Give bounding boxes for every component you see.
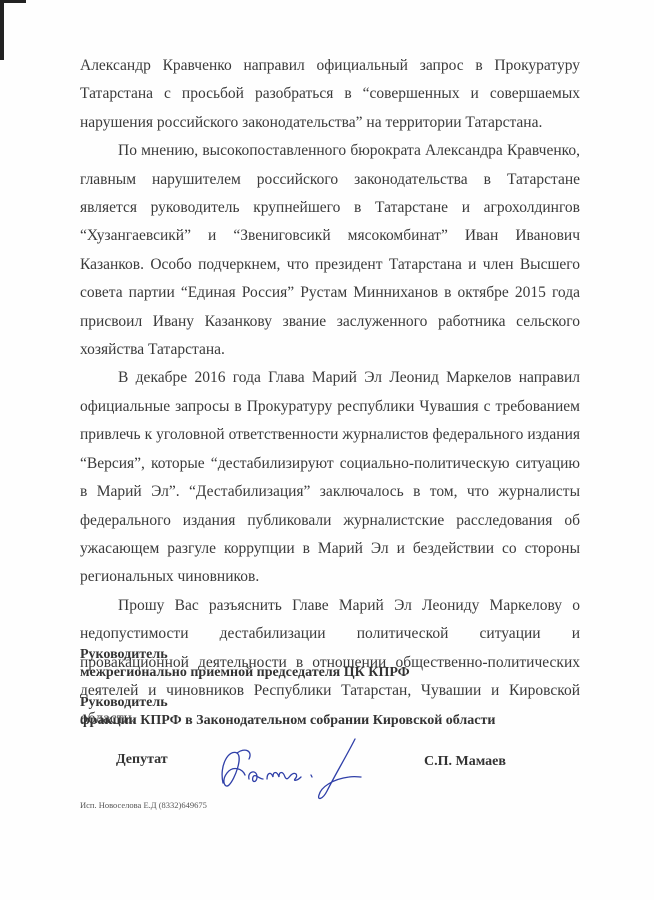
- paragraph: Александр Кравченко направил официальный…: [80, 52, 580, 137]
- executor-note: Исп. Новоселова Е.Д (8332)649675: [80, 800, 207, 810]
- scan-edge: [0, 0, 26, 3]
- signature-position: фракции КПРФ в Законодательном собрании …: [80, 712, 495, 730]
- signature-block-reception: Руководитель межрегионально приемной пре…: [80, 646, 410, 682]
- signature-title: Руководитель: [80, 646, 410, 664]
- signature-position: межрегионально приемной председателя ЦК …: [80, 664, 410, 682]
- paragraph: По мнению, высокопоставленного бюрократа…: [80, 137, 580, 364]
- signature-block-faction: Руководитель фракции КПРФ в Законодатель…: [80, 694, 495, 730]
- scan-edge: [0, 0, 4, 60]
- paragraph: В декабре 2016 года Глава Марий Эл Леони…: [80, 364, 580, 591]
- document-page: Александр Кравченко направил официальный…: [0, 0, 654, 900]
- deputy-name: С.П. Мамаев: [424, 754, 506, 770]
- signature-title: Руководитель: [80, 694, 495, 712]
- letter-body: Александр Кравченко направил официальный…: [80, 52, 580, 734]
- handwritten-signature-icon: [215, 735, 365, 805]
- deputy-label: Депутат: [116, 752, 168, 768]
